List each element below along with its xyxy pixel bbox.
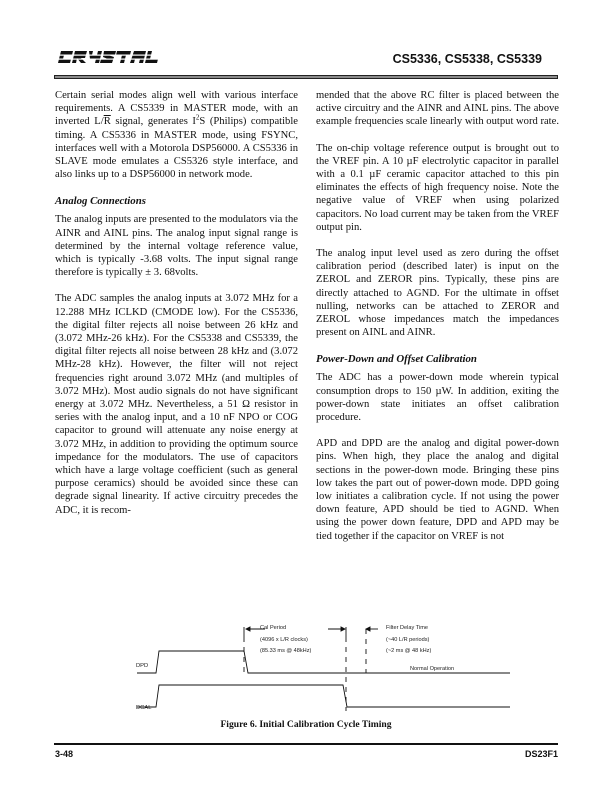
figure-caption: Figure 6. Initial Calibration Cycle Timi… [0,719,612,730]
paragraph-zero-level: The analog input level used as zero duri… [316,247,559,339]
header-rule [54,75,558,79]
document-title: CS5336, CS5338, CS5339 [393,52,542,66]
paragraph-power-down-mode: The ADC has a power-down mode wherein ty… [316,371,559,424]
paragraph-analog-inputs: The analog inputs are presented to the m… [55,213,298,279]
footer-rule [54,743,558,745]
right-column: mended that the above RC filter is place… [316,89,559,556]
paragraph-apd-dpd: APD and DPD are the analog and digital p… [316,437,559,543]
section-heading-power-down: Power-Down and Offset Calibration [316,352,559,366]
crystal-logo [57,49,169,67]
left-column: Certain serial modes align well with var… [55,89,298,530]
paragraph-rc-filter: mended that the above RC filter is place… [316,89,559,129]
cal-time-label: (85.33 ms @ 48kHz) [260,648,311,654]
timing-waveforms [100,615,560,735]
signal-dpd-label: DPD [136,663,148,669]
cal-clocks-label: (4096 x L/R clocks) [260,637,308,643]
signal-dcal-label: DCAL [136,705,151,711]
document-id: DS23F1 [525,749,558,759]
page-number: 3-48 [55,749,73,759]
timing-diagram: Cal Period (4096 x L/R clocks) (85.33 ms… [100,615,560,735]
filter-time-label: (~2 ms @ 48 kHz) [386,648,431,654]
cal-period-label: Cal Period [260,625,286,631]
paragraph-adc-samples: The ADC samples the analog inputs at 3.0… [55,292,298,516]
section-heading-analog-connections: Analog Connections [55,194,298,208]
paragraph-serial-modes: Certain serial modes align well with var… [55,89,298,181]
filter-delay-label: Filter Delay Time [386,625,428,631]
filter-periods-label: (~40 L/R periods) [386,637,429,643]
paragraph-vref: The on-chip voltage reference output is … [316,142,559,234]
normal-operation-label: Normal Operation [410,666,454,672]
